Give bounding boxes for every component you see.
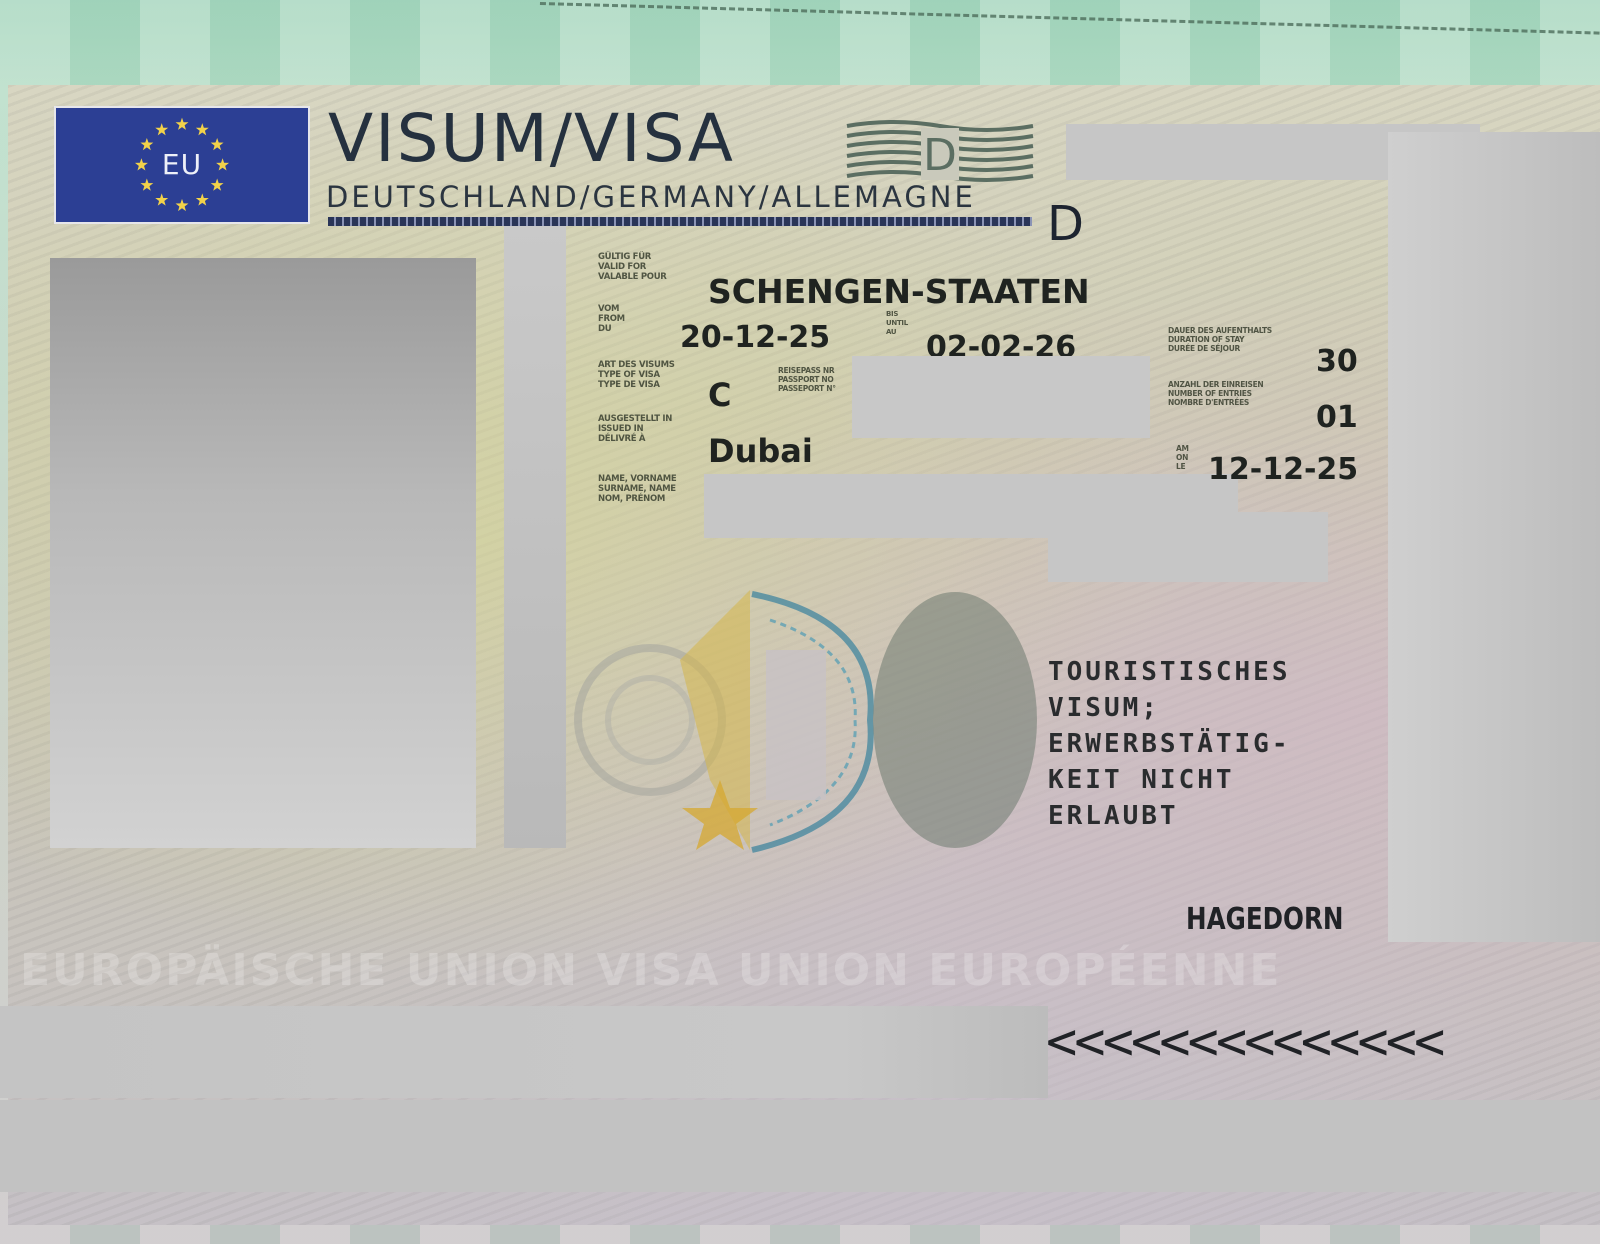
label-from: VOMFROMDU (598, 304, 625, 334)
value-issued-in: Dubai (708, 432, 813, 470)
eu-badge-text: EU (56, 148, 308, 181)
issuing-officer-signature: HAGEDORN (1186, 902, 1343, 937)
name-redacted-line2 (1048, 512, 1328, 582)
svg-text:D: D (923, 130, 957, 181)
label-duration-of-stay: DAUER DES AUFENTHALTSDURATION OF STAYDUR… (1168, 326, 1272, 353)
right-edge-redacted (1388, 132, 1600, 942)
document-title: VISUM/VISA (328, 100, 735, 177)
value-duration-of-stay: 30 (1316, 344, 1358, 379)
hologram-security-feature-icon (570, 580, 1040, 870)
mrz-filler: <<<<<<<<<<<<<< (1046, 1012, 1442, 1072)
label-until: BISUNTILAU (886, 310, 908, 337)
germany-wave-emblem-icon: D (845, 118, 1035, 188)
watermark-text: EUROPÄISCHE UNION VISA UNION EUROPÉENNE (20, 945, 1281, 996)
mrz-line1-redacted (0, 1006, 1048, 1098)
vertical-number-redacted (504, 226, 566, 848)
eu-flag-icon: EU (54, 106, 310, 224)
label-valid-for: GÜLTIG FÜRVALID FORVALABLE POUR (598, 252, 667, 282)
issuing-state-code: D (1047, 196, 1084, 252)
microprint-band (328, 217, 1032, 226)
label-number-of-entries: ANZAHL DER EINREISENNUMBER OF ENTRIESNOM… (1168, 380, 1263, 407)
mrz-line2-redacted (0, 1100, 1600, 1192)
passport-number-redacted (852, 356, 1150, 438)
label-type-of-visa: ART DES VISUMSTYPE OF VISATYPE DE VISA (598, 360, 675, 390)
value-type-of-visa: C (708, 376, 731, 414)
value-valid-for: SCHENGEN-STAATEN (708, 272, 1090, 311)
value-until: 02-02-26 (926, 330, 1076, 356)
label-issued-on: AMONLE (1176, 444, 1189, 471)
value-issued-on: 12-12-25 (1208, 452, 1358, 487)
value-from: 20-12-25 (680, 320, 830, 355)
label-issued-in: AUSGESTELLT INISSUED INDÉLIVRÉ À (598, 414, 672, 444)
remarks-text: TOURISTISCHES VISUM; ERWERBSTÄTIG- KEIT … (1048, 654, 1291, 834)
value-number-of-entries: 01 (1316, 400, 1358, 435)
photo-redacted (50, 258, 476, 848)
label-name: NAME, VORNAMESURNAME, NAMENOM, PRÉNOM (598, 474, 676, 504)
label-passport-number: REISEPASS NRPASSPORT NOPASSEPORT N° (778, 366, 836, 393)
